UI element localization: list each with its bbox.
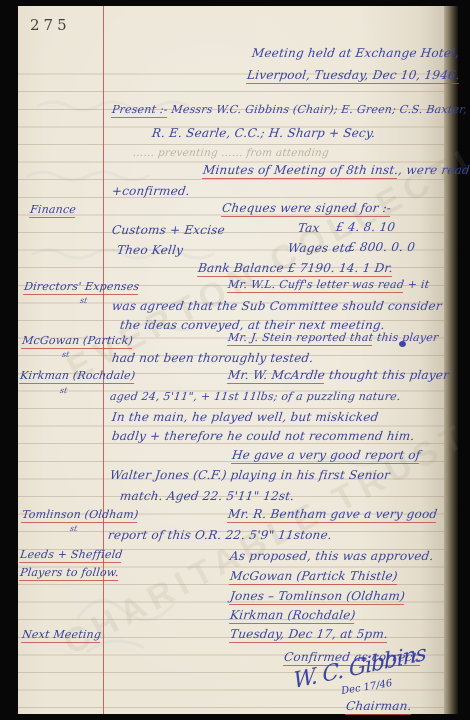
stein-rest: this player — [372, 331, 439, 344]
pencil-annotation: …… preventing …… from attending — [132, 147, 329, 159]
next-meeting-date: Tuesday, Dec 17, at 5pm. — [229, 627, 389, 643]
mcardle-report-line3: In the main, he played well, but miskick… — [111, 410, 379, 424]
finance-row-payee: Theo Kelly — [116, 243, 184, 257]
scanned-minute-book-page: EVERTON COLLECTION CHARITABLE TRUST 275 … — [0, 0, 470, 720]
approved-club-item: McGowan (Partick Thistle) — [229, 569, 399, 585]
finance-row-amount: £ 800. 0. 0 — [347, 240, 416, 254]
stein-report-line2: had not been thoroughly tested. — [111, 351, 314, 365]
cuff-rest: + it — [403, 278, 430, 291]
margin-heading-tomlinson: Tomlinson (Oldham) — [21, 508, 139, 523]
approval-line: As proposed, this was approved. — [229, 549, 434, 563]
margin-heading-players-to-follow: Players to follow. — [19, 566, 120, 581]
minutes-continuation: +confirmed. — [111, 184, 191, 198]
finance-row-detail: Wages etc — [287, 241, 352, 255]
meeting-heading-line2: Liverpool, Tuesday, Dec 10, 1946. — [246, 68, 461, 84]
margin-heading-directors-expenses: Directors' Expenses — [23, 280, 140, 295]
margin-date-note: st — [79, 296, 88, 305]
red-margin-line — [103, 6, 104, 714]
margin-date-note: st — [69, 524, 78, 533]
margin-date-note: st — [59, 386, 68, 395]
finance-intro: Cheques were signed for :- — [221, 201, 392, 217]
minutes-rest: , were read — [398, 163, 470, 177]
margin-heading-next-meeting: Next Meeting — [21, 628, 102, 643]
mcardle-rest: thought this player — [324, 368, 450, 382]
minutes-underlined: Minutes of Meeting of 8th inst. — [202, 163, 399, 179]
mcardle-underlined: Mr. W. McArdle — [227, 368, 326, 384]
cuff-underlined: Mr. W.L. Cuff's letter was read — [227, 278, 405, 293]
walter-jones-line2: Walter Jones (C.F.) playing in his first… — [109, 468, 391, 482]
stein-underlined: Mr. J. Stein reported that — [227, 331, 374, 346]
walter-jones-line3: match. Aged 22. 5'11" 12st. — [119, 489, 295, 503]
mcardle-report-line1: Mr. W. McArdle thought this player — [227, 368, 450, 382]
margin-date-note: st — [61, 350, 70, 359]
minutes-line: Minutes of Meeting of 8th inst., were re… — [202, 163, 470, 177]
present-names: Messrs W.C. Gibbins (Chair); E. Green; C… — [167, 103, 470, 116]
finance-row-detail: Tax — [297, 221, 320, 235]
stein-report-line1: Mr. J. Stein reported that this player — [227, 331, 439, 344]
margin-heading-finance: Finance — [29, 203, 77, 218]
mcardle-report-line2: aged 24, 5'11", + 11st 11lbs; of a puzzl… — [109, 390, 401, 403]
mcardle-report-line4: badly + therefore he could not recommend… — [111, 429, 415, 443]
ink-blot — [399, 341, 406, 347]
present-line1: Present :- Messrs W.C. Gibbins (Chair); … — [111, 103, 470, 116]
finance-row-payee: Customs + Excise — [111, 223, 226, 237]
cuff-letter-line1: Mr. W.L. Cuff's letter was read + it — [227, 278, 430, 291]
chairman-title: Chairman. — [345, 699, 412, 715]
present-label: Present :- — [111, 103, 169, 118]
bentham-report-line2: report of this O.R. 22. 5'9" 11stone. — [107, 528, 333, 542]
bentham-report-line1: Mr. R. Bentham gave a very good — [227, 507, 438, 523]
present-line2: R. E. Searle, C.C.; H. Sharp + Secy. — [151, 126, 376, 140]
margin-heading-kirkman: Kirkman (Rochdale) — [19, 369, 136, 384]
cuff-letter-line2: was agreed that the Sub Committee should… — [111, 299, 442, 313]
margin-heading-mcgowan: McGowan (Partick) — [21, 334, 134, 349]
walter-jones-line1: He gave a very good report of — [231, 448, 421, 464]
margin-heading-leeds-sheffield: Leeds + Sheffield — [19, 548, 123, 563]
finance-row-amount: £ 4. 8. 10 — [335, 220, 396, 234]
approved-club-item: Kirkman (Rochdale) — [229, 608, 356, 624]
cuff-letter-line3: the ideas conveyed, at their next meetin… — [119, 318, 386, 332]
bank-balance: Bank Balance £ 7190. 14. 1 Dr. — [197, 261, 394, 277]
page-number: 275 — [30, 16, 71, 34]
meeting-heading-line1: Meeting held at Exchange Hotel, — [251, 46, 460, 60]
approved-club-item: Jones – Tomlinson (Oldham) — [229, 589, 406, 605]
